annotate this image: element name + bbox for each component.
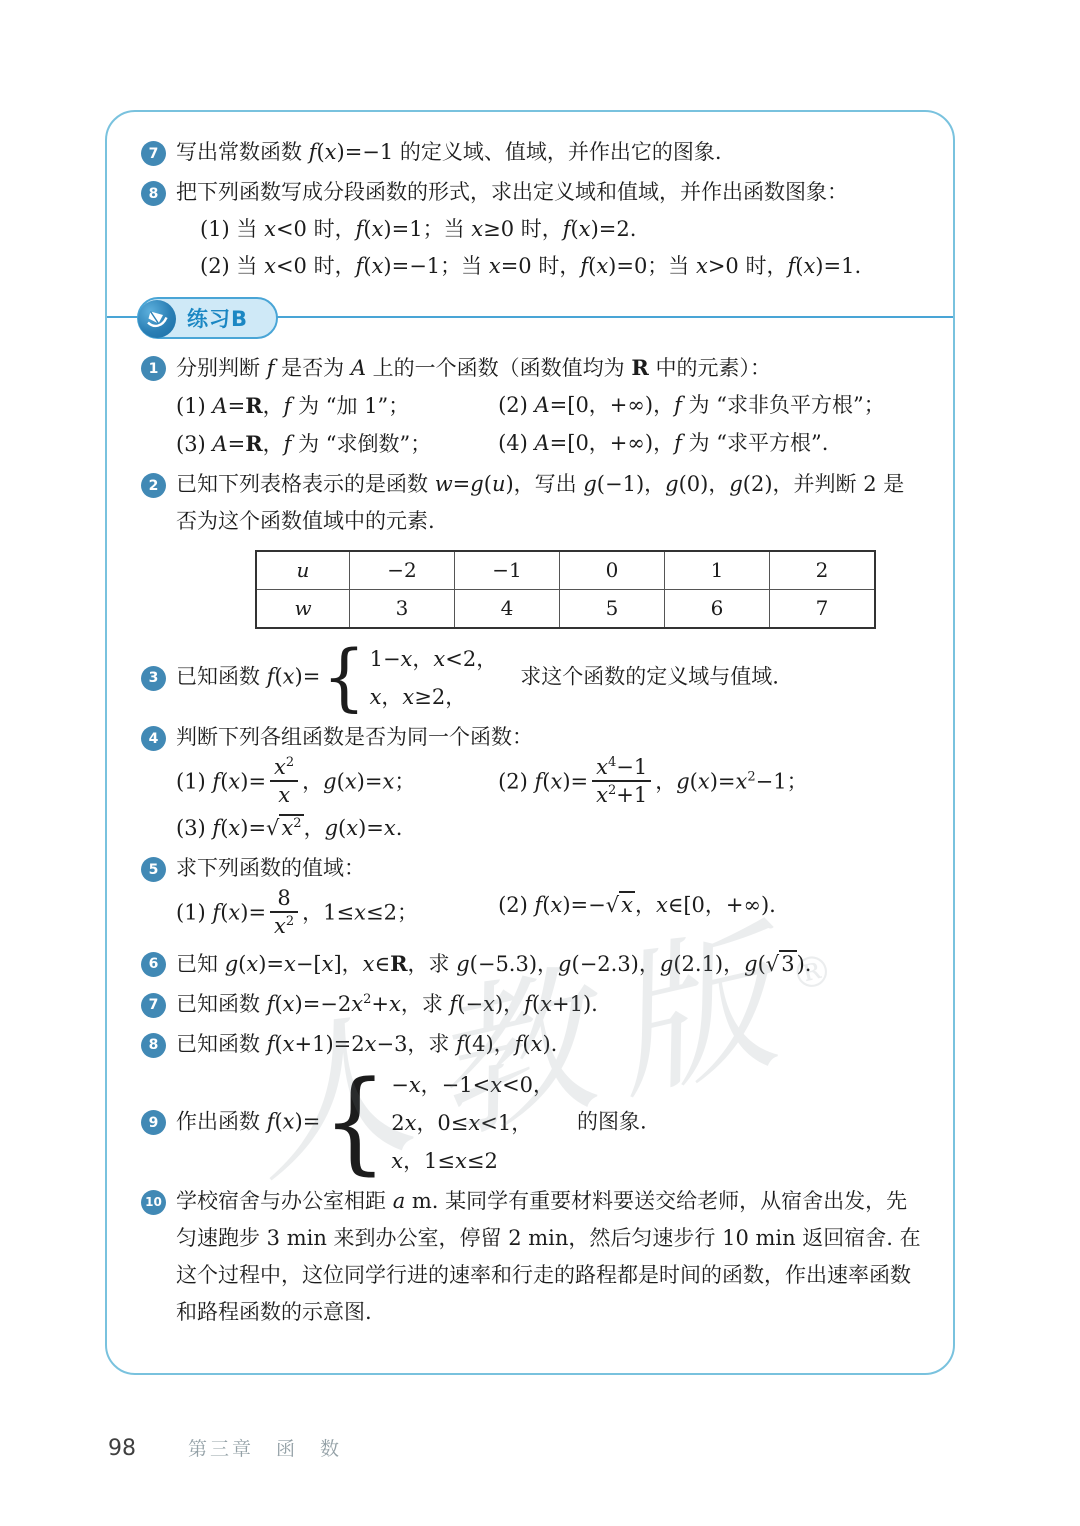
item-number-badge: 7 [141,993,166,1018]
table-cell: 5 [560,590,665,629]
problem-text: (1) f(x)=8x2，1≤x≤2； [176,887,498,941]
table-cell: 3 [350,590,455,629]
problem-text: (1) 当 x<0 时，f(x)=1；当 x≥0 时，f(x)=2. [176,211,925,248]
exercise-item: 9作出函数 f(x)={−x，−1<x<0，2x，0≤x<1，x，1≤x≤2 的… [141,1066,925,1180]
piecewise-cases: {−x，−1<x<0，2x，0≤x<1，x，1≤x≤2 [322,1066,554,1180]
problem-text: (1) A=R，f 为 “加 1”； [176,387,498,425]
exercise-item: 4判断下列各组函数是否为同一个函数：(1) f(x)=x2x，g(x)=x；(2… [141,719,925,847]
table-row: w34567 [256,590,875,629]
problem-body: 求下列函数的值域：(1) f(x)=8x2，1≤x≤2；(2) f(x)=−√x… [176,850,925,941]
two-column-row: (1) f(x)=8x2，1≤x≤2；(2) f(x)=−√x，x∈[0，+∞)… [176,887,925,941]
problem-text: (2) A=[0，+∞)，f 为 “求非负平方根”； [498,387,925,425]
two-column-row: (3) A=R，f 为 “求倒数”；(4) A=[0，+∞)，f 为 “求平方根… [176,425,925,463]
problem-text: 判断下列各组函数是否为同一个函数： [176,719,925,756]
exercise-item: 1分别判断 f 是否为 A 上的一个函数（函数值均为 R 中的元素）：(1) A… [141,349,925,463]
table-cell: −1 [455,551,560,590]
table-cell: w [256,590,350,629]
problem-text: (3) A=R，f 为 “求倒数”； [176,425,498,463]
problem-body: 作出函数 f(x)={−x，−1<x<0，2x，0≤x<1，x，1≤x≤2 的图… [176,1066,925,1180]
table-cell: 7 [770,590,876,629]
problem-text: 写出常数函数 f(x)=−1 的定义域、值域，并作出它的图象. [176,134,925,171]
case-row: x，x≥2， [370,678,498,716]
exercise-b-badge: 练习B [137,297,278,339]
problem-body: 已知函数 f(x)={1−x，x<2，x，x≥2， 求这个函数的定义域与值域. [176,640,925,716]
fraction: x2x [270,754,298,808]
item-number-badge: 10 [141,1190,166,1215]
problem-text: (1) f(x)=x2x，g(x)=x； [176,756,498,810]
problem-text: 学校宿舍与办公室相距 a m. 某同学有重要材料要送交给老师，从宿舍出发，先匀速… [176,1183,925,1331]
problem-body: 学校宿舍与办公室相距 a m. 某同学有重要材料要送交给老师，从宿舍出发，先匀速… [176,1183,925,1331]
item-number-badge: 8 [141,1033,166,1058]
problem-text: 已知函数 f(x+1)=2x−3，求 f(4)，f(x). [176,1026,925,1063]
problem-text: 求下列函数的值域： [176,850,925,887]
problem-body: 已知函数 f(x)=−2x2+x，求 f(−x)，f(x+1). [176,986,925,1023]
two-column-row: (1) f(x)=x2x，g(x)=x；(2) f(x)=x4−1x2+1，g(… [176,756,925,810]
problem-body: 判断下列各组函数是否为同一个函数：(1) f(x)=x2x，g(x)=x；(2)… [176,719,925,847]
table-cell: 1 [665,551,770,590]
problem-text: 已知函数 f(x)={1−x，x<2，x，x≥2， 求这个函数的定义域与值域. [176,640,925,716]
piecewise-cases: {1−x，x<2，x，x≥2， [322,640,497,716]
problem-body: 已知函数 f(x+1)=2x−3，求 f(4)，f(x). [176,1026,925,1063]
item-number-badge: 1 [141,356,166,381]
exercise-item: 5求下列函数的值域：(1) f(x)=8x2，1≤x≤2；(2) f(x)=−√… [141,850,925,941]
page-content: 7写出常数函数 f(x)=−1 的定义域、值域，并作出它的图象.8把下列函数写成… [107,112,953,1331]
item-number-badge: 4 [141,726,166,751]
content-border-box: 7写出常数函数 f(x)=−1 的定义域、值域，并作出它的图象.8把下列函数写成… [105,110,955,1375]
table-cell: 0 [560,551,665,590]
exercise-item: 8把下列函数写成分段函数的形式，求出定义域和值域，并作出函数图象：(1) 当 x… [141,174,925,285]
exercise-item: 8已知函数 f(x+1)=2x−3，求 f(4)，f(x). [141,1026,925,1063]
problem-body: 把下列函数写成分段函数的形式，求出定义域和值域，并作出函数图象：(1) 当 x<… [176,174,925,285]
problem-text: 把下列函数写成分段函数的形式，求出定义域和值域，并作出函数图象： [176,174,925,211]
problem-body: 已知 g(x)=x−[x]，x∈R，求 g(−5.3)，g(−2.3)，g(2.… [176,945,925,983]
table-cell: 4 [455,590,560,629]
exercise-item: 7写出常数函数 f(x)=−1 的定义域、值域，并作出它的图象. [141,134,925,171]
item-number-badge: 2 [141,473,166,498]
exercise-item: 2已知下列表格表示的是函数 w=g(u)，写出 g(−1)，g(0)，g(2)，… [141,466,925,637]
problem-body: 分别判断 f 是否为 A 上的一个函数（函数值均为 R 中的元素）：(1) A=… [176,349,925,463]
problem-body: 写出常数函数 f(x)=−1 的定义域、值域，并作出它的图象. [176,134,925,171]
problem-text: (2) f(x)=−√x，x∈[0，+∞). [498,887,925,941]
exercise-a-items: 7写出常数函数 f(x)=−1 的定义域、值域，并作出它的图象.8把下列函数写成… [141,134,925,285]
problem-text: (2) 当 x<0 时，f(x)=−1；当 x=0 时，f(x)=0；当 x>0… [176,248,925,285]
page-number: 98 [108,1436,136,1461]
case-row: −x，−1<x<0， [391,1066,554,1104]
item-number-badge: 6 [141,952,166,977]
problem-text: (2) f(x)=x4−1x2+1，g(x)=x2−1； [498,756,925,810]
problem-text: (4) A=[0，+∞)，f 为 “求平方根”. [498,425,925,463]
page-footer: 98 第三章 函 数 [108,1434,342,1461]
exercise-b-label: 练习B [187,303,248,333]
two-column-row: (1) A=R，f 为 “加 1”；(2) A=[0，+∞)，f 为 “求非负平… [176,387,925,425]
square-root: √x2 [266,814,304,840]
case-row: 1−x，x<2， [370,640,498,678]
problem-body: 已知下列表格表示的是函数 w=g(u)，写出 g(−1)，g(0)，g(2)，并… [176,466,925,637]
book-icon [138,300,176,338]
item-number-badge: 5 [141,857,166,882]
problem-text: 已知 g(x)=x−[x]，x∈R，求 g(−5.3)，g(−2.3)，g(2.… [176,945,925,983]
fraction: x4−1x2+1 [592,754,651,808]
item-number-badge: 3 [141,666,166,691]
exercise-item: 7已知函数 f(x)=−2x2+x，求 f(−x)，f(x+1). [141,986,925,1023]
fraction: 8x2 [270,885,298,939]
table-cell: 2 [770,551,876,590]
square-root: √x [606,891,635,917]
square-root: √3 [766,950,797,976]
table-cell: u [256,551,350,590]
case-row: 2x，0≤x<1， [391,1104,554,1142]
exercise-item: 10学校宿舍与办公室相距 a m. 某同学有重要材料要送交给老师，从宿舍出发，先… [141,1183,925,1331]
problem-text: 已知函数 f(x)=−2x2+x，求 f(−x)，f(x+1). [176,986,925,1023]
table-cell: −2 [350,551,455,590]
case-row: x，1≤x≤2 [391,1142,554,1180]
item-number-badge: 9 [141,1110,166,1135]
exercise-item: 3已知函数 f(x)={1−x，x<2，x，x≥2， 求这个函数的定义域与值域. [141,640,925,716]
exercise-item: 6已知 g(x)=x−[x]，x∈R，求 g(−5.3)，g(−2.3)，g(2… [141,945,925,983]
data-table: u−2−1012w34567 [255,550,876,629]
table-cell: 6 [665,590,770,629]
item-number-badge: 7 [141,141,166,166]
problem-text: 已知下列表格表示的是函数 w=g(u)，写出 g(−1)，g(0)，g(2)，并… [176,466,925,540]
problem-text: (3) f(x)=√x2，g(x)=x. [176,810,925,847]
problem-text: 作出函数 f(x)={−x，−1<x<0，2x，0≤x<1，x，1≤x≤2 的图… [176,1066,925,1180]
problem-text: 分别判断 f 是否为 A 上的一个函数（函数值均为 R 中的元素）： [176,349,925,387]
chapter-title: 第三章 函 数 [188,1434,342,1461]
table-row: u−2−1012 [256,551,875,590]
exercise-b-items: 1分别判断 f 是否为 A 上的一个函数（函数值均为 R 中的元素）：(1) A… [141,349,925,1331]
item-number-badge: 8 [141,181,166,206]
exercise-b-header: 练习B [141,297,925,337]
